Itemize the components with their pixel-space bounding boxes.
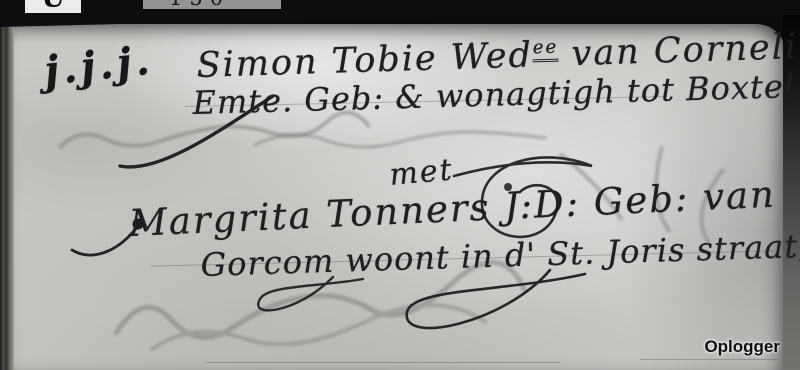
header-page-number-fragment: 150 — [143, 0, 281, 9]
partial-page-number: 150 — [169, 0, 281, 9]
scanned-register-page: j.j.j. Simon Tobie Wedee van Cornelia Em… — [0, 0, 800, 370]
widower-superscript: ee — [532, 37, 558, 63]
book-binding-edge — [0, 24, 14, 370]
faint-rule-line — [205, 362, 560, 363]
faint-rule-line — [640, 359, 778, 360]
partial-letter: U — [25, 0, 81, 13]
watermark-label: Oplogger — [704, 337, 780, 357]
header-letter-fragment: U — [25, 0, 81, 13]
